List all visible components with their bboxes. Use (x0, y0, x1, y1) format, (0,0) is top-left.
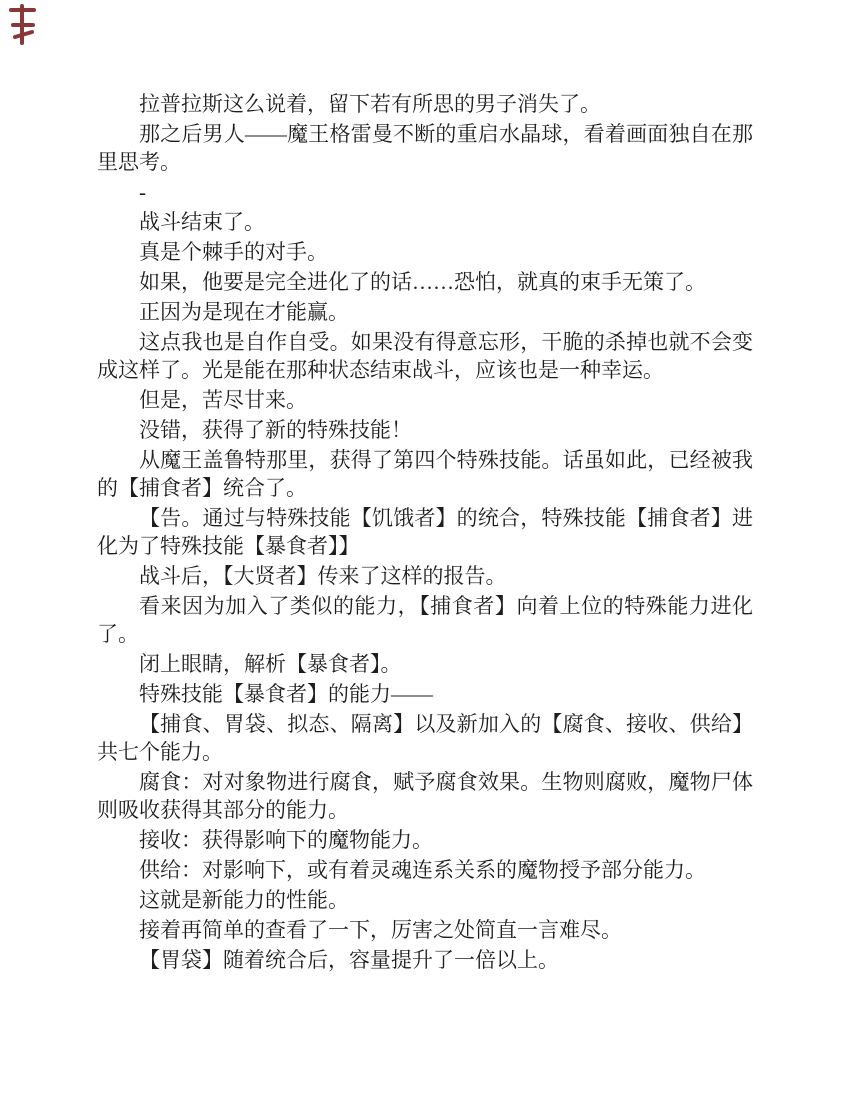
stamp-icon (7, 3, 39, 47)
paragraph-19: 接收：获得影响下的魔物能力。 (97, 826, 753, 854)
paragraph-16: 特殊技能【暴食者】的能力—— (97, 680, 753, 708)
paragraph-6: 如果，他要是完全进化了的话……恐怕，就真的束手无策了。 (97, 268, 753, 296)
paragraph-23: 【胃袋】随着统合后，容量提升了一倍以上。 (97, 946, 753, 974)
paragraph-18: 腐食：对对象物进行腐食，赋予腐食效果。生物则腐败，魔物尸体则吸收获得其部分的能力… (97, 768, 753, 824)
paragraph-5: 真是个棘手的对手。 (97, 238, 753, 266)
corner-stamp-mark (7, 3, 39, 47)
paragraph-15: 闭上眼睛，解析【暴食者】。 (97, 650, 753, 678)
paragraph-14: 看来因为加入了类似的能力，【捕食者】向着上位的特殊能力进化了。 (97, 592, 753, 648)
scene-break-dash: - (97, 178, 753, 206)
paragraph-9: 但是，苦尽甘来。 (97, 386, 753, 414)
paragraph-12: 【告。通过与特殊技能【饥饿者】的统合，特殊技能【捕食者】进化为了特殊技能【暴食者… (97, 504, 753, 560)
paragraph-20: 供给：对影响下，或有着灵魂连系关系的魔物授予部分能力。 (97, 856, 753, 884)
paragraph-21: 这就是新能力的性能。 (97, 886, 753, 914)
paragraph-17: 【捕食、胃袋、拟态、隔离】以及新加入的【腐食、接收、供给】共七个能力。 (97, 710, 753, 766)
paragraph-2: 那之后男人——魔王格雷曼不断的重启水晶球，看着画面独自在那里思考。 (97, 120, 753, 176)
paragraph-4: 战斗结束了。 (97, 208, 753, 236)
paragraph-7: 正因为是现在才能赢。 (97, 298, 753, 326)
paragraph-8: 这点我也是自作自受。如果没有得意忘形，干脆的杀掉也就不会变成这样了。光是能在那种… (97, 328, 753, 384)
paragraph-11: 从魔王盖鲁特那里，获得了第四个特殊技能。话虽如此，已经被我的【捕食者】统合了。 (97, 446, 753, 502)
paragraph-13: 战斗后，【大贤者】传来了这样的报告。 (97, 562, 753, 590)
paragraph-10: 没错，获得了新的特殊技能！ (97, 416, 753, 444)
paragraph-1: 拉普拉斯这么说着，留下若有所思的男子消失了。 (97, 90, 753, 118)
paragraph-22: 接着再简单的查看了一下，厉害之处简直一言难尽。 (97, 916, 753, 944)
document-page: 拉普拉斯这么说着，留下若有所思的男子消失了。那之后男人——魔王格雷曼不断的重启水… (0, 0, 850, 1100)
novel-text-block: 拉普拉斯这么说着，留下若有所思的男子消失了。那之后男人——魔王格雷曼不断的重启水… (97, 90, 753, 976)
